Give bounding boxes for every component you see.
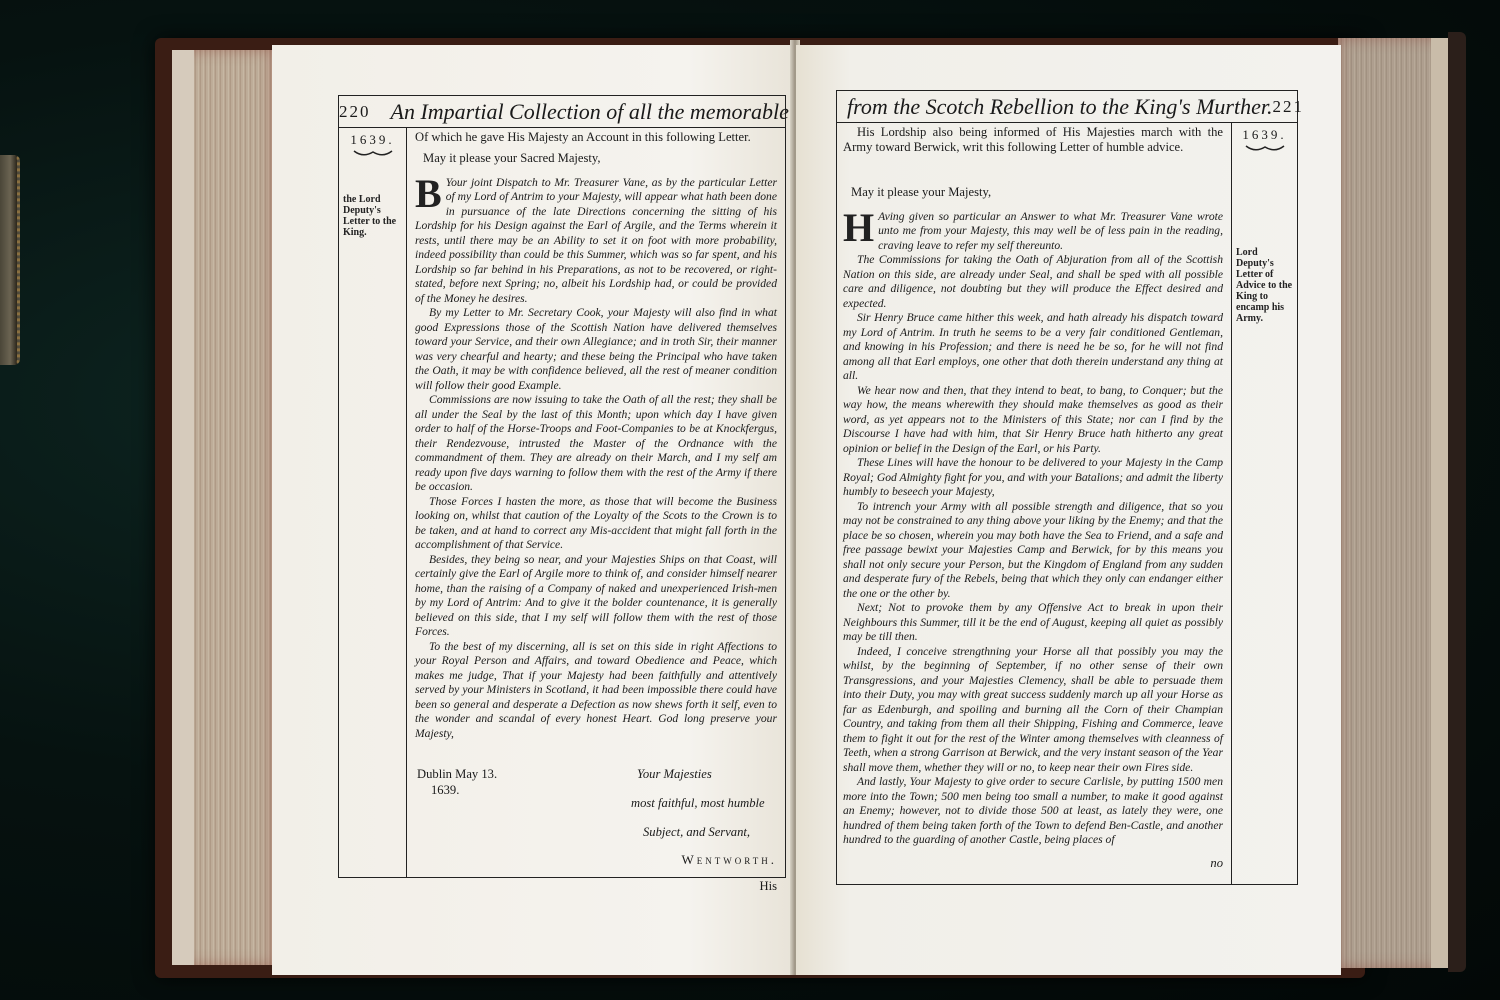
salutation: May it please your Sacred Majesty, xyxy=(423,151,777,166)
letter-paragraph: By my Letter to Mr. Secretary Cook, your… xyxy=(415,306,777,393)
left-running-head: 220 An Impartial Collection of all the m… xyxy=(339,96,785,128)
letter-paragraph: Sir Henry Bruce came hither this week, a… xyxy=(843,311,1223,384)
right-text-column: His Lordship also being informed of His … xyxy=(837,123,1231,884)
adjacent-book-spine xyxy=(0,155,20,365)
letter-paragraph: Those Forces I hasten the more, as those… xyxy=(415,495,777,553)
left-page-frame: 220 An Impartial Collection of all the m… xyxy=(338,95,786,878)
swash-ornament-icon xyxy=(1245,143,1285,153)
running-head-title: from the Scotch Rebellion to the King's … xyxy=(837,94,1273,120)
letter-paragraph: Next; Not to provoke them by any Offensi… xyxy=(843,601,1223,645)
letter-paragraph: The Commissions for taking the Oath of A… xyxy=(843,253,1223,311)
page-number: 221 xyxy=(1273,97,1305,117)
closing-line-2: most faithful, most humble xyxy=(631,796,765,811)
letter-paragraph: These Lines will have the honour to be d… xyxy=(843,456,1223,500)
salutation: May it please your Majesty, xyxy=(851,185,1223,200)
right-page: from the Scotch Rebellion to the King's … xyxy=(796,45,1341,975)
closing-place: Dublin May 13. xyxy=(417,767,497,782)
paragraph-text: Aving given so particular an Answer to w… xyxy=(878,210,1223,252)
letter-paragraph: Besides, they being so near, and your Ma… xyxy=(415,553,777,640)
letter-paragraph: BYour joint Dispatch to Mr. Treasurer Va… xyxy=(415,176,777,307)
letter-paragraph: HAving given so particular an Answer to … xyxy=(843,210,1223,254)
right-page-frame: from the Scotch Rebellion to the King's … xyxy=(836,90,1298,885)
letter-paragraph: Indeed, I conceive strengthning your Hor… xyxy=(843,645,1223,776)
right-margin-column: 1639. Lord Deputy's Letter of Advice to … xyxy=(1231,123,1297,884)
intro-line: His Lordship also being informed of His … xyxy=(843,125,1223,155)
letter-paragraph: We hear now and then, that they intend t… xyxy=(843,384,1223,457)
signature: Wentworth. xyxy=(682,853,777,868)
letter-paragraph: And lastly, Your Majesty to give order t… xyxy=(843,775,1223,848)
intro-line: Of which he gave His Majesty an Account … xyxy=(415,130,777,145)
left-text-column: Of which he gave His Majesty an Account … xyxy=(407,128,785,877)
margin-year: 1639. xyxy=(339,128,406,148)
right-page-edges xyxy=(1338,38,1453,968)
letter-paragraph: To intrench your Army with all possible … xyxy=(843,500,1223,602)
running-head-title: An Impartial Collection of all the memor… xyxy=(371,99,854,125)
right-running-head: from the Scotch Rebellion to the King's … xyxy=(837,91,1297,123)
paragraph-text: Your joint Dispatch to Mr. Treasurer Van… xyxy=(415,176,777,305)
book-cover-right-edge xyxy=(1448,32,1466,972)
closing-year: 1639. xyxy=(431,783,459,798)
letter-paragraph: To the best of my discerning, all is set… xyxy=(415,640,777,742)
margin-note: Lord Deputy's Letter of Advice to the Ki… xyxy=(1232,243,1297,328)
left-margin-column: 1639. the Lord Deputy's Letter to the Ki… xyxy=(339,128,407,877)
margin-year: 1639. xyxy=(1232,123,1297,143)
letter-paragraph: Commissions are now issuing to take the … xyxy=(415,393,777,495)
margin-note: the Lord Deputy's Letter to the King. xyxy=(339,190,406,242)
swash-ornament-icon xyxy=(353,148,393,158)
drop-cap: H xyxy=(843,212,874,244)
drop-cap: B xyxy=(415,178,442,210)
page-number: 220 xyxy=(339,102,371,122)
letter-closing: Dublin May 13. 1639. Your Majesties most… xyxy=(415,741,777,871)
catchword: His xyxy=(415,879,777,894)
left-page: 220 An Impartial Collection of all the m… xyxy=(272,45,794,975)
left-page-edges xyxy=(172,50,272,965)
catchword: no xyxy=(843,856,1223,871)
closing-line-3: Subject, and Servant, xyxy=(643,825,750,840)
closing-line-1: Your Majesties xyxy=(637,767,712,782)
